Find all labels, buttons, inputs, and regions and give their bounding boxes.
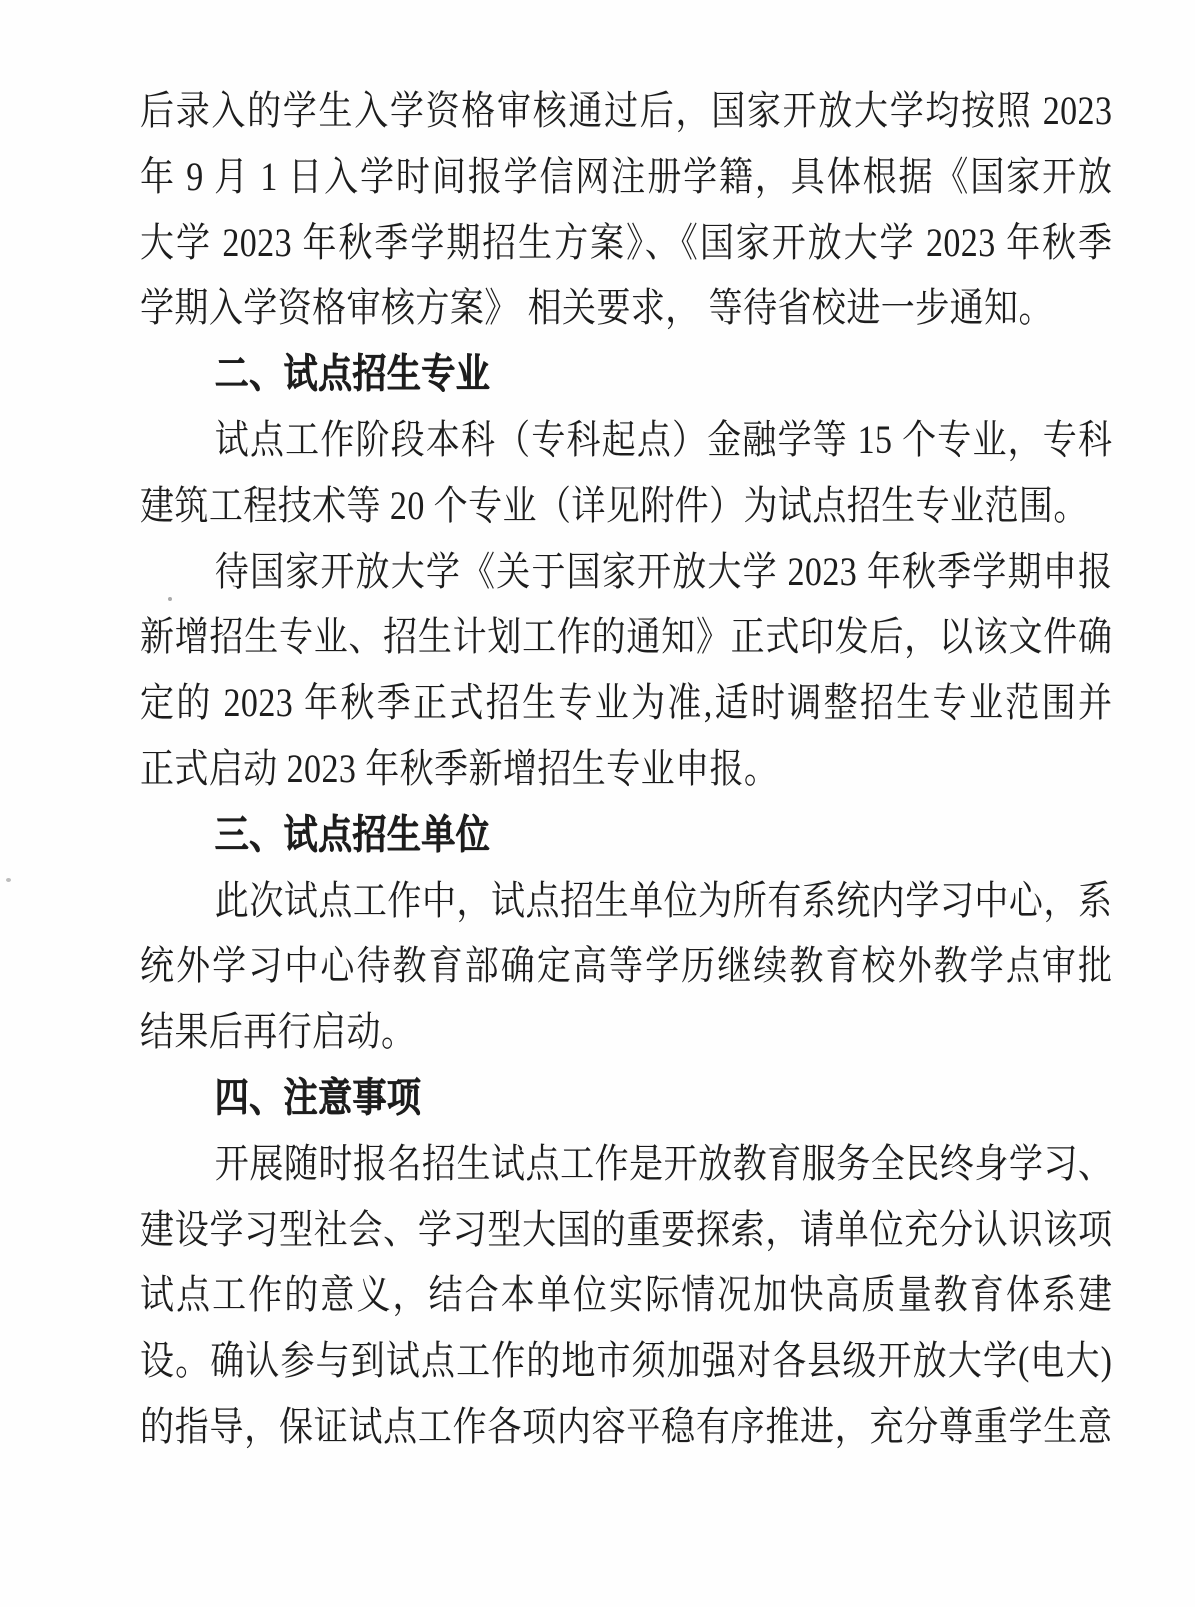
doc-line: 定的 2023 年秋季正式招生专业为准,适时调整招生专业范围并 — [140, 670, 1112, 736]
section-heading: 二、试点招生专业 — [140, 341, 1112, 407]
doc-line: 此次试点工作中，试点招生单位为所有系统内学习中心，系 — [140, 868, 1112, 934]
doc-line: 学期入学资格审核方案》 相关要求， 等待省校进一步通知。 — [140, 275, 1112, 341]
section-heading: 四、注意事项 — [140, 1065, 1112, 1131]
scan-speck — [6, 878, 11, 882]
doc-line: 年 9 月 1 日入学时间报学信网注册学籍，具体根据《国家开放 — [140, 144, 1112, 210]
doc-line: 开展随时报名招生试点工作是开放教育服务全民终身学习、 — [140, 1131, 1112, 1197]
document-text-block: 后录入的学生入学资格审核通过后，国家开放大学均按照 2023 年 9 月 1 日… — [140, 78, 1112, 1460]
doc-line: 后录入的学生入学资格审核通过后，国家开放大学均按照 2023 — [140, 78, 1112, 144]
doc-line: 试点工作阶段本科（专科起点）金融学等 15 个专业，专科 — [140, 407, 1112, 473]
doc-line: 新增招生专业、招生计划工作的通知》正式印发后，以该文件确 — [140, 604, 1112, 670]
scan-speck — [168, 597, 172, 601]
doc-line: 待国家开放大学《关于国家开放大学 2023 年秋季学期申报 — [140, 539, 1112, 605]
doc-line: 大学 2023 年秋季学期招生方案》、《国家开放大学 2023 年秋季 — [140, 210, 1112, 276]
doc-line: 试点工作的意义，结合本单位实际情况加快高质量教育体系建 — [140, 1262, 1112, 1328]
doc-line: 建筑工程技术等 20 个专业（详见附件）为试点招生专业范围。 — [140, 473, 1112, 539]
document-page: 后录入的学生入学资格审核通过后，国家开放大学均按照 2023 年 9 月 1 日… — [0, 0, 1195, 1607]
doc-line: 建设学习型社会、学习型大国的重要探索，请单位充分认识该项 — [140, 1197, 1112, 1263]
doc-line: 正式启动 2023 年秋季新增招生专业申报。 — [140, 736, 1112, 802]
doc-line: 设。确认参与到试点工作的地市须加强对各县级开放大学(电大) — [140, 1328, 1112, 1394]
doc-line: 统外学习中心待教育部确定高等学历继续教育校外教学点审批 — [140, 933, 1112, 999]
doc-line: 的指导，保证试点工作各项内容平稳有序推进，充分尊重学生意 — [140, 1394, 1112, 1460]
doc-line: 结果后再行启动。 — [140, 999, 1112, 1065]
section-heading: 三、试点招生单位 — [140, 802, 1112, 868]
